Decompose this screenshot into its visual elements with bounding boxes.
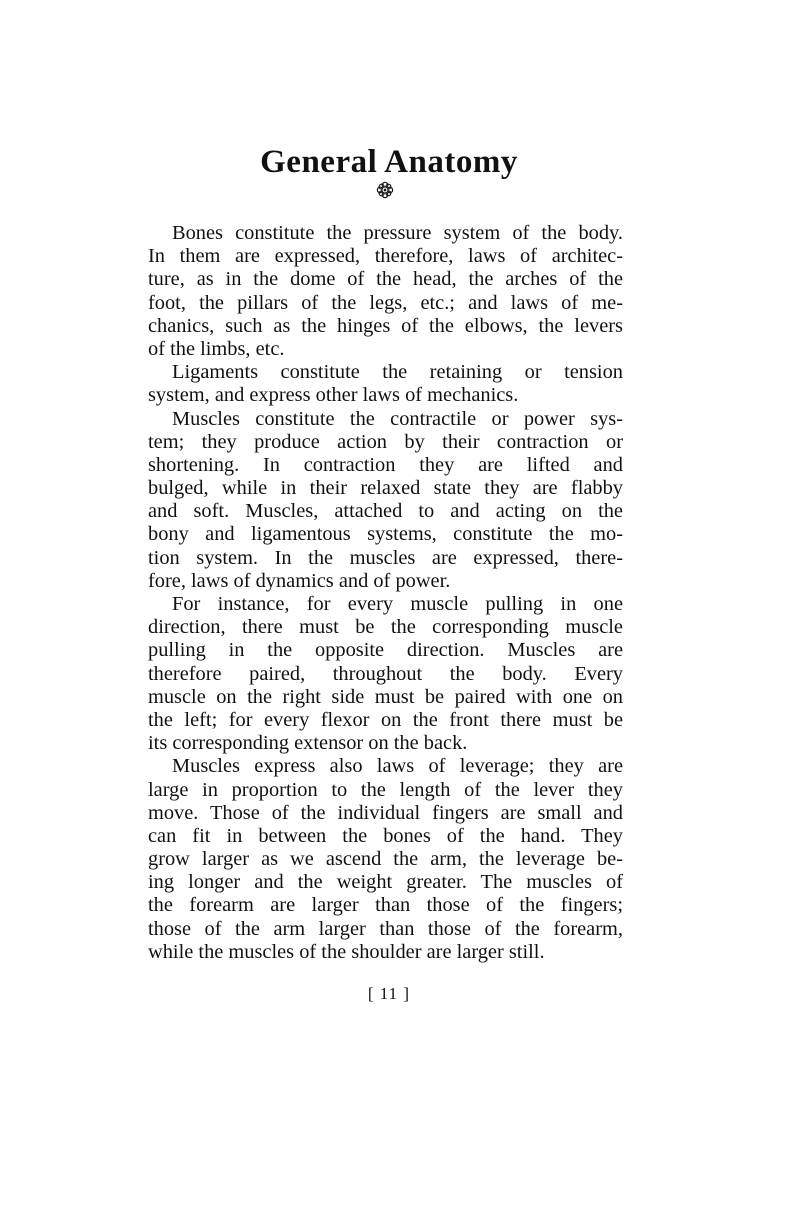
- page-title: General Anatomy: [0, 142, 778, 182]
- text-line: ing longer and the weight greater. The m…: [148, 871, 623, 894]
- text-line: therefore paired, throughout the body. E…: [148, 663, 623, 686]
- page-number: [ 11 ]: [0, 984, 778, 1004]
- text-line: of the limbs, etc.: [148, 338, 623, 361]
- text-line: For instance, for every muscle pulling i…: [148, 593, 623, 616]
- text-line: direction, there must be the correspondi…: [148, 616, 623, 639]
- paragraph-leverage: Muscles express also laws of leverage; t…: [148, 755, 623, 964]
- text-line: ture, as in the dome of the head, the ar…: [148, 268, 623, 291]
- text-line: while the muscles of the shoulder are la…: [148, 941, 623, 964]
- text-line: system, and express other laws of mechan…: [148, 384, 623, 407]
- text-line: bony and ligamentous systems, constitute…: [148, 523, 623, 546]
- text-line: pulling in the opposite direction. Muscl…: [148, 639, 623, 662]
- text-line: move. Those of the individual fingers ar…: [148, 802, 623, 825]
- text-line: its corresponding extensor on the back.: [148, 732, 623, 755]
- rosette-ornament-icon: [376, 181, 394, 199]
- book-page: General Anatomy Bones constitute the pre…: [0, 0, 800, 1215]
- paragraph-bones: Bones constitute the pressure system of …: [148, 222, 623, 361]
- text-line: chanics, such as the hinges of the elbow…: [148, 315, 623, 338]
- text-line: Bones constitute the pressure system of …: [148, 222, 623, 245]
- text-line: can fit in between the bones of the hand…: [148, 825, 623, 848]
- text-line: the forearm are larger than those of the…: [148, 894, 623, 917]
- text-line: tem; they produce action by their contra…: [148, 431, 623, 454]
- paragraph-ligaments: Ligaments constitute the retaining or te…: [148, 361, 623, 407]
- text-line: those of the arm larger than those of th…: [148, 918, 623, 941]
- text-line: Muscles constitute the contractile or po…: [148, 408, 623, 431]
- paragraph-muscles-contractile: Muscles constitute the contractile or po…: [148, 408, 623, 594]
- body-text: Bones constitute the pressure system of …: [148, 222, 623, 964]
- paragraph-paired-muscles: For instance, for every muscle pulling i…: [148, 593, 623, 755]
- text-line: tion system. In the muscles are expresse…: [148, 547, 623, 570]
- text-line: fore, laws of dynamics and of power.: [148, 570, 623, 593]
- text-line: grow larger as we ascend the arm, the le…: [148, 848, 623, 871]
- text-line: shortening. In contraction they are lift…: [148, 454, 623, 477]
- text-line: In them are expressed, therefore, laws o…: [148, 245, 623, 268]
- text-line: foot, the pillars of the legs, etc.; and…: [148, 292, 623, 315]
- text-line: and soft. Muscles, attached to and actin…: [148, 500, 623, 523]
- text-line: the left; for every flexor on the front …: [148, 709, 623, 732]
- text-line: bulged, while in their relaxed state the…: [148, 477, 623, 500]
- text-line: large in proportion to the length of the…: [148, 779, 623, 802]
- text-line: muscle on the right side must be paired …: [148, 686, 623, 709]
- text-line: Ligaments constitute the retaining or te…: [148, 361, 623, 384]
- text-line: Muscles express also laws of leverage; t…: [148, 755, 623, 778]
